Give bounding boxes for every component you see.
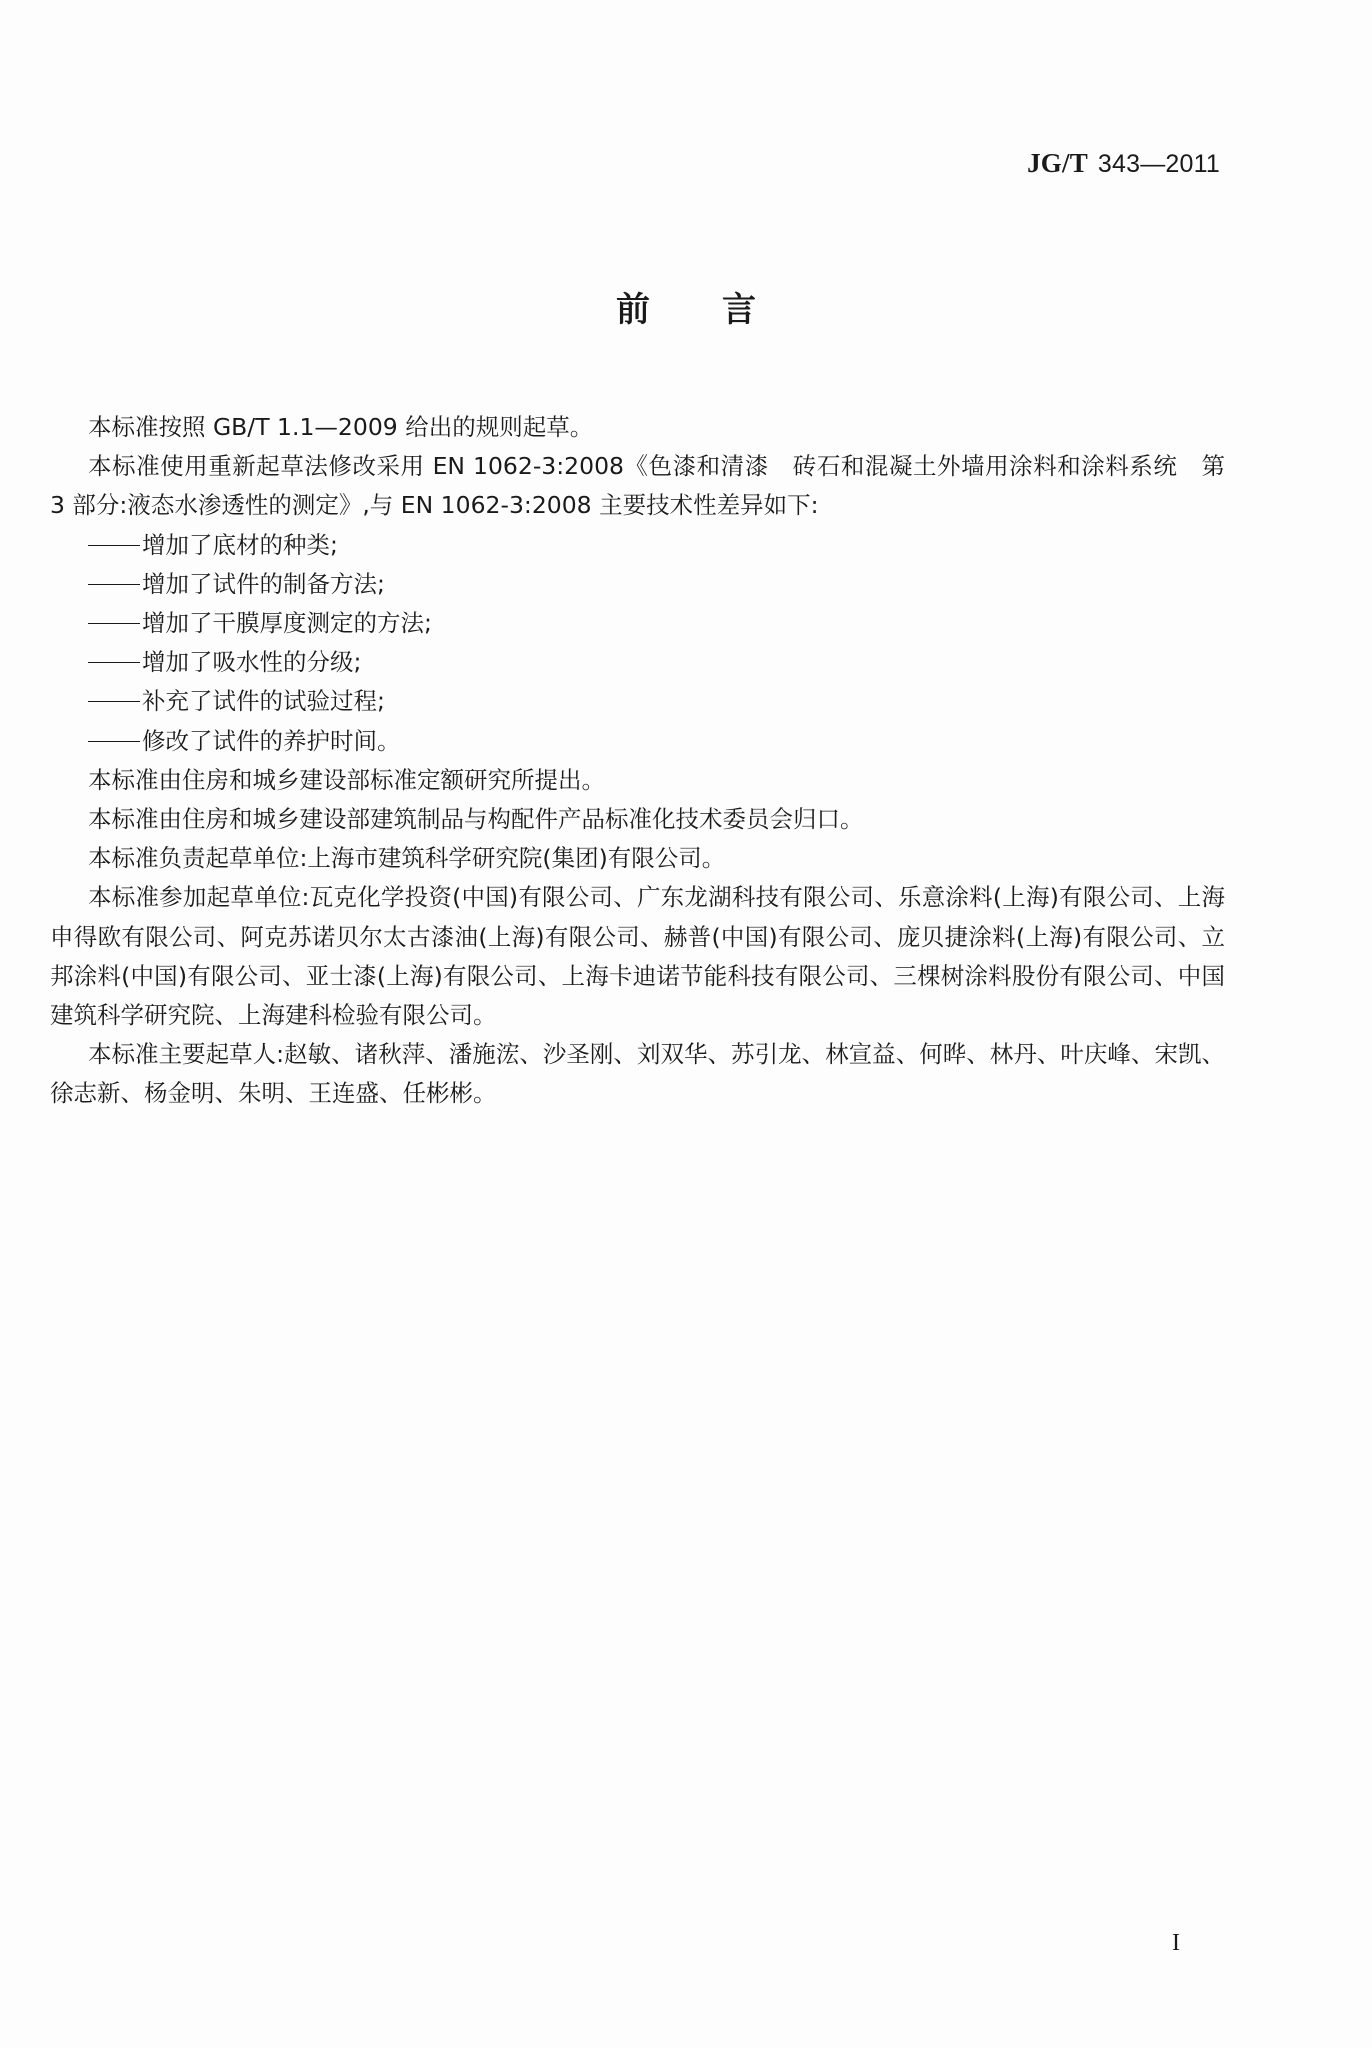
paragraph-proposed-by: 本标准由住房和城乡建设部标准定额研究所提出。 (50, 761, 1225, 800)
list-item: 修改了试件的养护时间。 (50, 722, 1225, 761)
list-item: 增加了底材的种类; (50, 526, 1225, 565)
dash-bullet-icon (88, 623, 140, 624)
standard-code-number: 343—2011 (1098, 150, 1220, 178)
paragraph-drafting-rules: 本标准按照 GB/T 1.1—2009 给出的规则起草。 (50, 408, 1225, 447)
dash-bullet-icon (88, 701, 140, 702)
standard-code: JG/T343—2011 (1027, 148, 1220, 179)
differences-list: 增加了底材的种类; 增加了试件的制备方法; 增加了干膜厚度测定的方法; 增加了吸… (50, 526, 1225, 761)
paragraph-administered-by: 本标准由住房和城乡建设部建筑制品与构配件产品标准化技术委员会归口。 (50, 800, 1225, 839)
list-item: 增加了吸水性的分级; (50, 643, 1225, 682)
dash-bullet-icon (88, 662, 140, 663)
list-item: 增加了干膜厚度测定的方法; (50, 604, 1225, 643)
paragraph-participating-drafters: 本标准参加起草单位:瓦克化学投资(中国)有限公司、广东龙湖科技有限公司、乐意涂料… (50, 878, 1225, 1035)
foreword-body: 本标准按照 GB/T 1.1—2009 给出的规则起草。 本标准使用重新起草法修… (50, 408, 1225, 1114)
paragraph-lead-drafter: 本标准负责起草单位:上海市建筑科学研究院(集团)有限公司。 (50, 839, 1225, 878)
standard-code-prefix: JG/T (1027, 148, 1088, 178)
page-title: 前言 (0, 282, 1372, 331)
dash-bullet-icon (88, 584, 140, 585)
page-number: I (1172, 1930, 1180, 1957)
list-item: 增加了试件的制备方法; (50, 565, 1225, 604)
dash-bullet-icon (88, 741, 140, 742)
list-item: 补充了试件的试验过程; (50, 682, 1225, 721)
dash-bullet-icon (88, 545, 140, 546)
document-page: JG/T343—2011 前言 本标准按照 GB/T 1.1—2009 给出的规… (0, 0, 1372, 2048)
paragraph-adoption: 本标准使用重新起草法修改采用 EN 1062-3:2008《色漆和清漆 砖石和混… (50, 447, 1225, 525)
paragraph-main-drafters: 本标准主要起草人:赵敏、诸秋萍、潘施浤、沙圣刚、刘双华、苏引龙、林宣益、何晔、林… (50, 1035, 1225, 1113)
